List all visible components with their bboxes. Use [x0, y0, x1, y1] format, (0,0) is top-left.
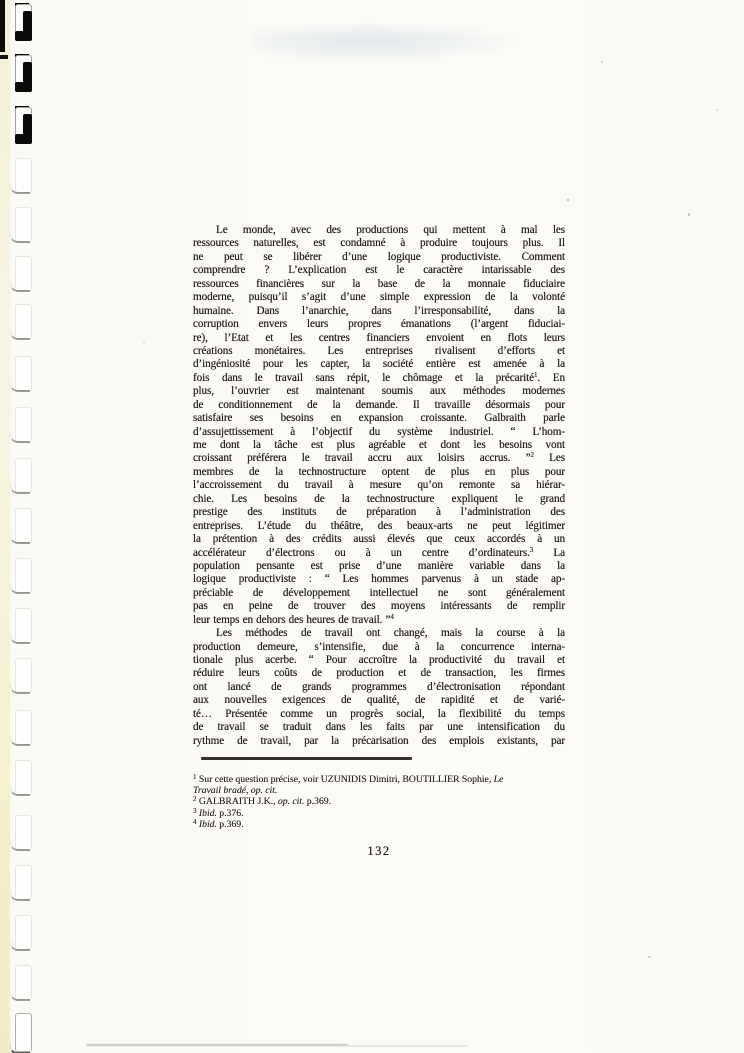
binding-hole — [13, 815, 35, 857]
binding-hole-shadow — [10, 891, 30, 901]
binding-hole-shadow — [10, 484, 30, 494]
text-line: croissant préférera le travail accru aux… — [193, 452, 565, 465]
text-line: corruption envers leurs propres émanatio… — [193, 318, 565, 331]
footnote-text-italic: op. cit. — [278, 796, 305, 807]
text-line: réduire leurs coûts de production et de … — [193, 667, 565, 680]
text-line: logique productiviste : “ Les hommes par… — [193, 573, 565, 586]
text-line: comprendre ? L’explication est le caract… — [193, 264, 565, 277]
page-edge-strip — [0, 0, 10, 1053]
text-line: satisfaire ses besoins en expansion croi… — [193, 412, 565, 425]
binding-hole-shadow — [10, 941, 30, 951]
binding-hole-shadow — [10, 736, 30, 746]
text-line: accélérateur d’électrons ou à un centre … — [193, 547, 565, 560]
binding-hole — [13, 207, 35, 249]
scan-speck — [567, 199, 569, 201]
text-line: entreprises. L’étude du théâtre, des bea… — [193, 520, 565, 533]
footnote-reference: 2 — [530, 452, 534, 459]
page-bottom-edge-shadow-faint — [348, 1045, 468, 1047]
binding-hole-shadow — [10, 1044, 30, 1053]
binding-hole — [13, 158, 35, 200]
binding-hole-shadow — [10, 634, 30, 644]
binding-hole-shadow — [10, 330, 30, 340]
binding-hole — [13, 407, 35, 449]
text-line: créations monétaires. Les entreprises ri… — [193, 345, 565, 358]
binding-ink-blob — [15, 82, 32, 92]
binding-hole-shadow — [10, 534, 30, 544]
binding-hole — [13, 965, 35, 1007]
page-bottom-edge-shadow — [86, 1044, 348, 1046]
binding-hole — [13, 508, 35, 550]
body-text: Le monde, avec des productions qui mette… — [193, 224, 565, 748]
binding-hole — [13, 760, 35, 802]
footnotes: 1 Sur cette question précise, voir UZUNI… — [193, 774, 575, 830]
footnote-marker: 2 — [193, 796, 197, 803]
text-line: de travail se traduit dans les faits par… — [193, 721, 565, 734]
footnote-text-italic: Le — [494, 774, 504, 785]
binding-hole-shadow — [10, 233, 30, 243]
footnote-marker: 4 — [193, 819, 197, 826]
text-line: d’assujettissement à l’objectif du systè… — [193, 426, 565, 439]
scanner-edge-bar — [0, 0, 5, 52]
footnote-text-italic: Travail bradé, op. cit. — [193, 785, 277, 796]
binding-hole-shadow — [10, 282, 30, 292]
footnote-separator-rule — [201, 757, 412, 760]
text-line: pas en peine de trouver des moyens intér… — [193, 600, 565, 613]
text-line: aux nouvelles exigences de qualité, de r… — [193, 694, 565, 707]
footnote-text: GALBRAITH J.K., — [199, 796, 278, 807]
text-line: Les méthodes de travail ont changé, mais… — [193, 627, 565, 640]
binding-hole — [13, 356, 35, 398]
text-line: l’accroissement du travail à mesure qu’o… — [193, 479, 565, 492]
footnote-line: 3 Ibid. p.376. — [193, 808, 575, 819]
binding-hole — [13, 558, 35, 600]
footnote-marker: 3 — [193, 808, 197, 815]
text-line: préciable de développement intellectuel … — [193, 587, 565, 600]
text-line: tionale plus acerbe. “ Pour accroître la… — [193, 654, 565, 667]
footnote-text: p.376. — [217, 808, 244, 819]
text-line: population pensante est prise d’une mani… — [193, 560, 565, 573]
scan-speck — [143, 341, 145, 343]
binding-hole-shadow — [10, 684, 30, 694]
text-line: rythme de travail, par la précarisation … — [193, 735, 565, 748]
footnote-line: 2 GALBRAITH J.K., op. cit. p.369. — [193, 796, 575, 807]
text-line: leur temps en dehors des heures de trava… — [193, 614, 565, 627]
binding-hole — [13, 458, 35, 500]
binding-ink-blob — [15, 134, 32, 144]
text-line: me dont la tâche est plus agréable et do… — [193, 439, 565, 452]
binding-hole — [13, 608, 35, 650]
binding-hole — [13, 107, 35, 149]
binding-hole-shadow — [10, 184, 30, 194]
text-line: té… Présentée comme un progrès social, l… — [193, 708, 565, 721]
page-number: 132 — [193, 844, 565, 859]
binding-hole — [13, 55, 35, 97]
text-line: de conditionnement de la demande. Il tra… — [193, 399, 565, 412]
footnote-line: 1 Sur cette question précise, voir UZUNI… — [193, 774, 575, 785]
footnote-text: p.369. — [217, 819, 244, 830]
binding-hole — [13, 304, 35, 346]
footnote-text: Sur cette question précise, voir UZUNIDI… — [199, 774, 494, 785]
text-line: moderne, puisqu’il s’agit d’une simple e… — [193, 291, 565, 304]
scanner-edge-dash — [0, 55, 8, 59]
binding-hole-shadow — [10, 786, 30, 796]
text-line: humaine. Dans l’anarchie, dans l’irrespo… — [193, 305, 565, 318]
footnote-marker: 1 — [193, 774, 197, 781]
binding-hole-shadow — [10, 433, 30, 443]
text-line: la prétention à des crédits aussi élevés… — [193, 533, 565, 546]
scan-speck — [716, 109, 718, 111]
binding-hole-shadow — [10, 841, 30, 851]
text-line: ne peut se libérer d’une logique product… — [193, 251, 565, 264]
binding-hole-shadow — [10, 382, 30, 392]
binding-hole — [13, 256, 35, 298]
binding-hole — [13, 915, 35, 957]
text-line: ressources naturelles, est condamné à pr… — [193, 237, 565, 250]
binding-hole — [13, 710, 35, 752]
text-line: fois dans le travail sans répit, le chôm… — [193, 372, 565, 385]
footnote-line: Travail bradé, op. cit. — [193, 785, 575, 796]
scan-speck — [648, 956, 651, 958]
text-line: plus, l’ouvrier est maintenant soumis au… — [193, 385, 565, 398]
text-line: re), l’Etat et les centres financiers en… — [193, 332, 565, 345]
binding-hole-shadow — [10, 584, 30, 594]
scan-speck — [601, 61, 603, 63]
footnote-reference: 3 — [530, 547, 534, 554]
binding-hole — [13, 865, 35, 907]
footnote-text-italic: Ibid. — [199, 808, 217, 819]
text-line: membres de la technostructure optent de … — [193, 466, 565, 479]
faded-stamp-smudge — [255, 22, 525, 58]
text-line: ont lancé de grands programmes d’électro… — [193, 681, 565, 694]
footnote-reference: 4 — [390, 614, 394, 621]
binding-ink-blob — [15, 31, 32, 41]
scan-speck — [688, 213, 690, 216]
text-line: production demeure, s’intensifie, due à … — [193, 641, 565, 654]
footnote-line: 4 Ibid. p.369. — [193, 819, 575, 830]
binding-hole — [13, 4, 35, 46]
footnote-text-italic: Ibid. — [199, 819, 217, 830]
binding-hole-shadow — [10, 991, 30, 1001]
footnote-reference: 1 — [534, 372, 538, 379]
text-line: ressources financières sur la base de la… — [193, 278, 565, 291]
text-line: chie. Les besoins de la technostructure … — [193, 493, 565, 506]
text-line: prestige des instituts de préparation à … — [193, 506, 565, 519]
binding-hole — [13, 658, 35, 700]
text-line: Le monde, avec des productions qui mette… — [193, 224, 565, 237]
binding-hole — [13, 1013, 35, 1053]
footnote-text: p.369. — [304, 796, 331, 807]
text-line: d’ingéniosité pour les capter, la sociét… — [193, 358, 565, 371]
